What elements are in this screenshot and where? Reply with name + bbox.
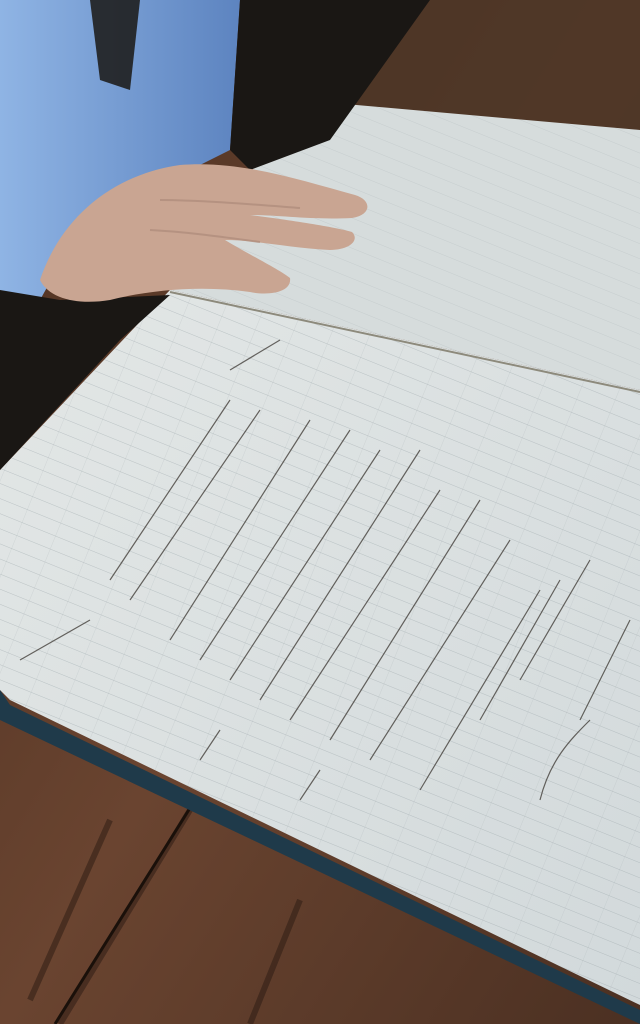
photo-scene <box>0 0 640 1024</box>
ledger-photo <box>0 0 640 1024</box>
